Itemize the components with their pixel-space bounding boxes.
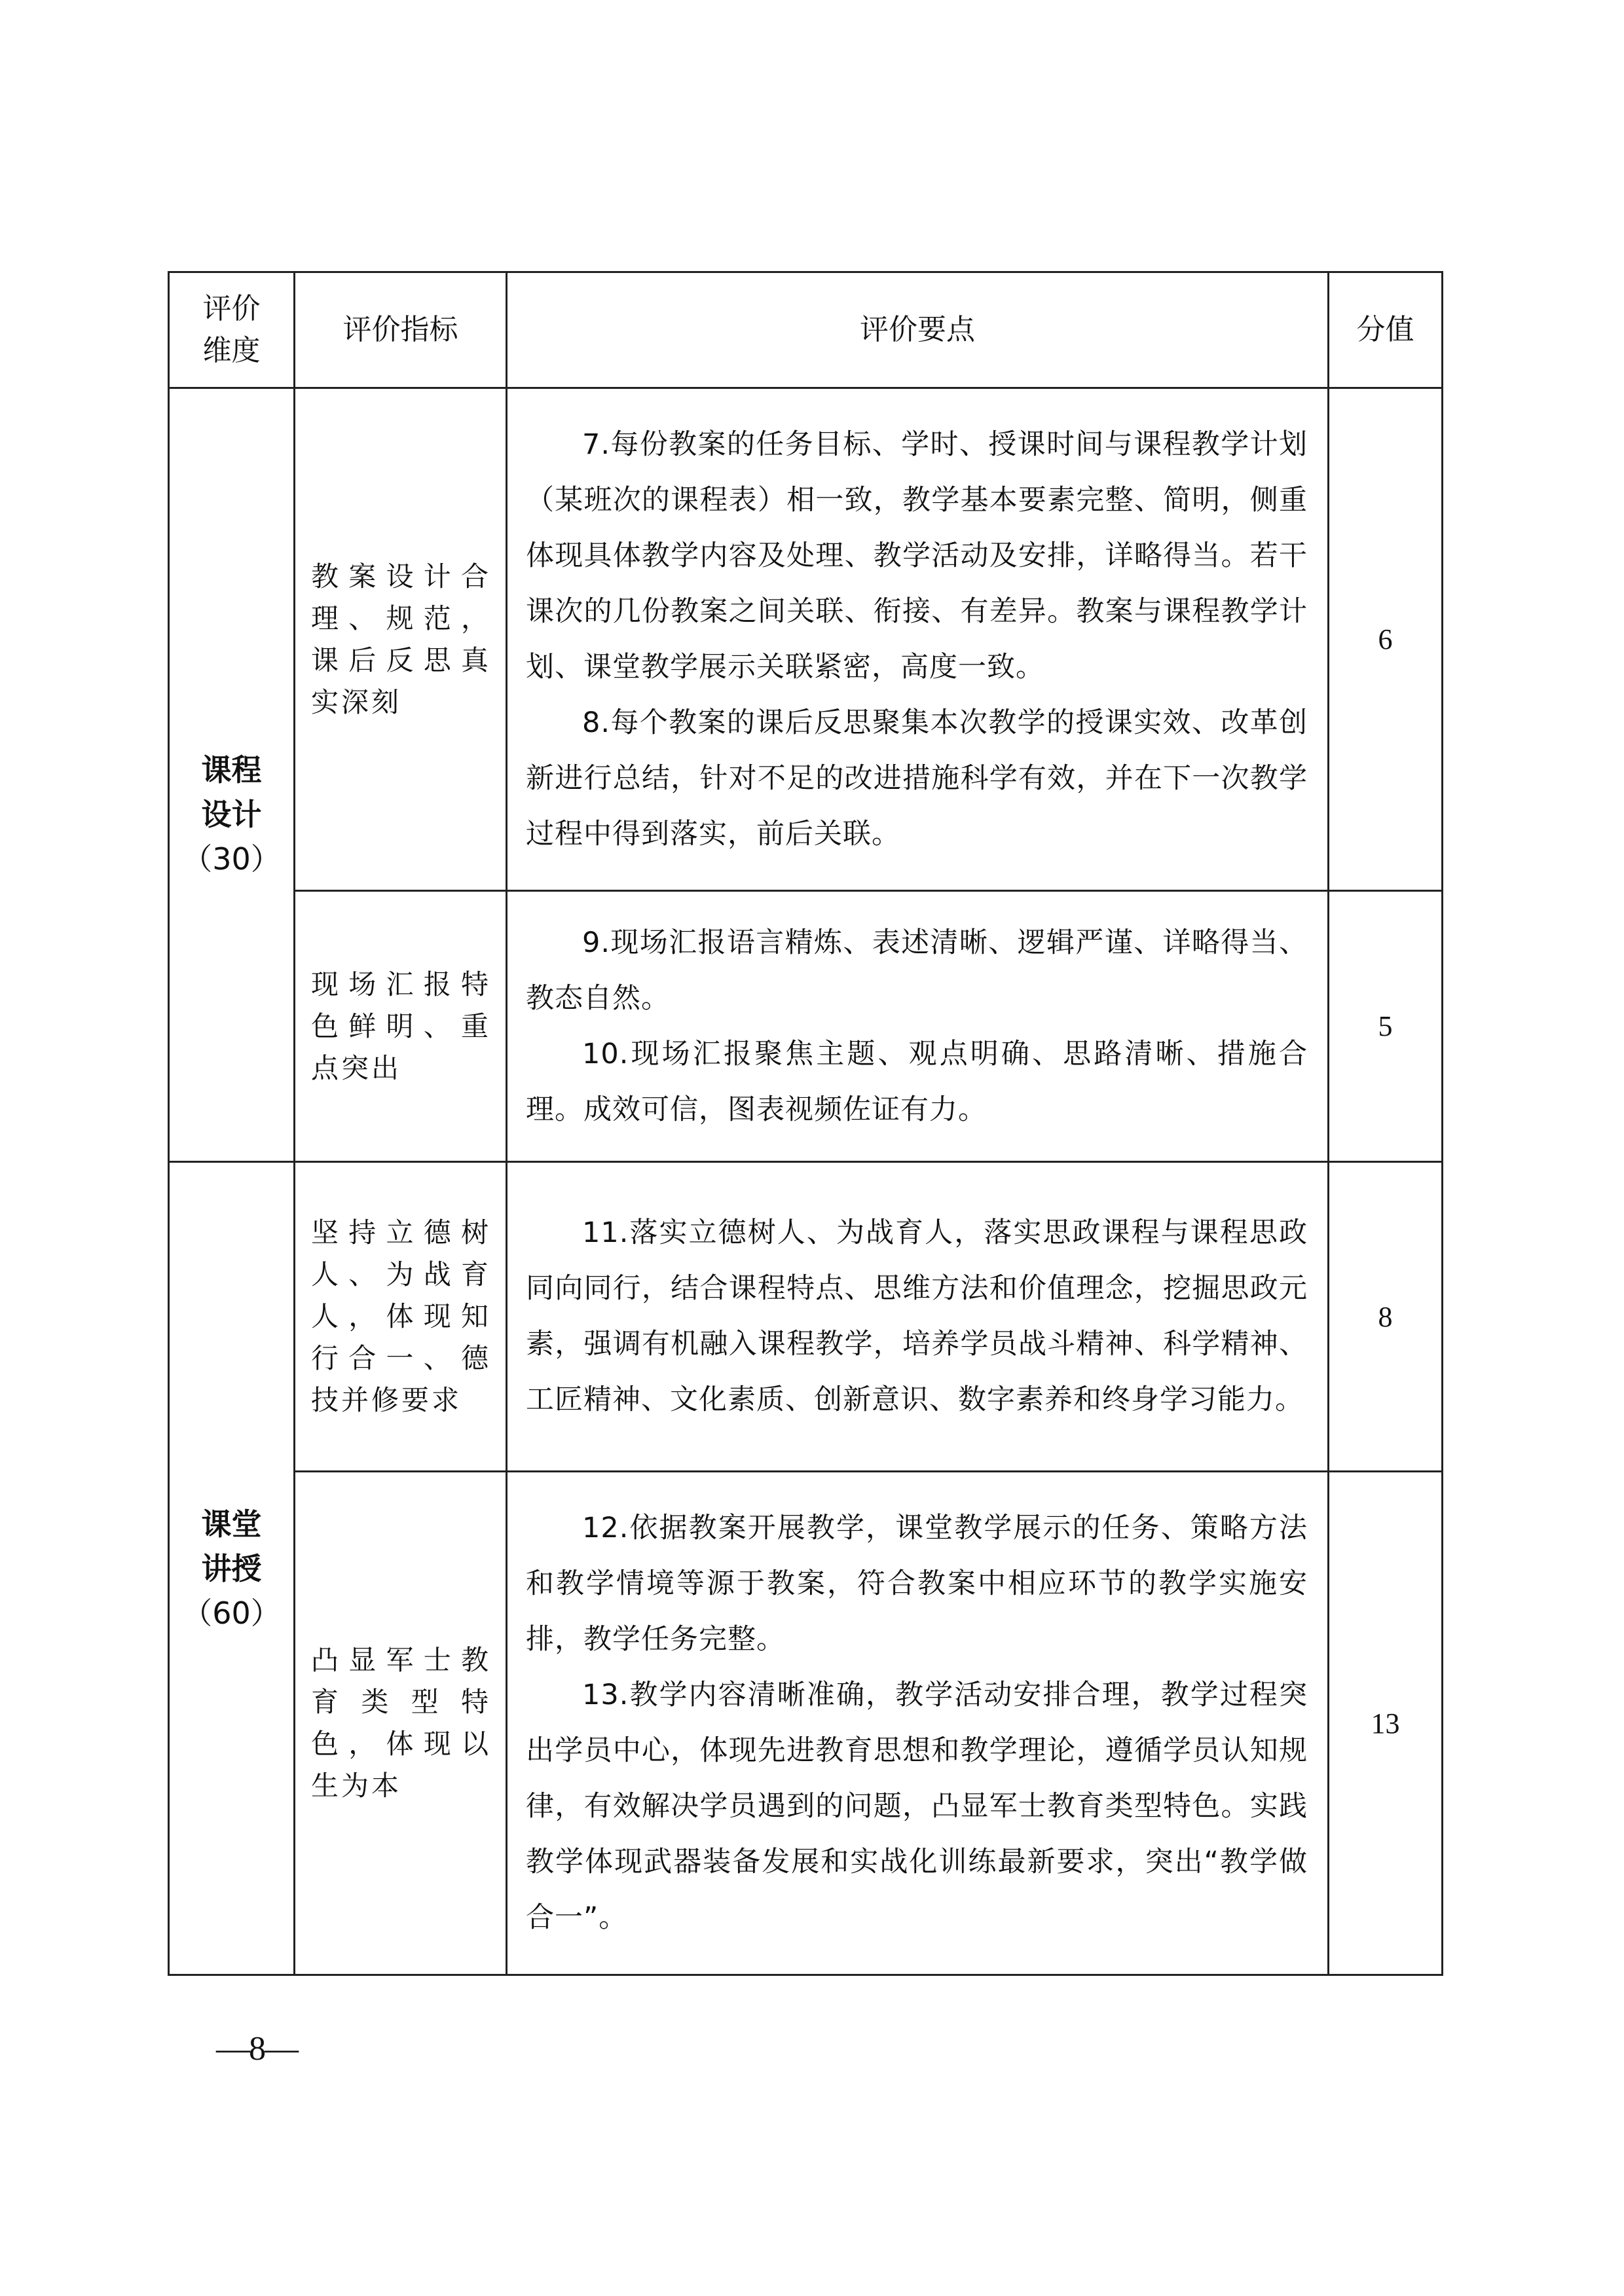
dimension-cell-course-design: 课程 设计 （30）: [169, 388, 295, 1162]
document-page: 评价 维度 评价指标 评价要点 分值 课程 设计 （30）: [0, 0, 1624, 2296]
point-item-12: 12.依据教案开展教学，课堂教学展示的任务、策略方法和教学情境等源于教案，符合教…: [526, 1501, 1308, 1667]
score-cell: 13: [1329, 1472, 1443, 1975]
table-header-row: 评价 维度 评价指标 评价要点 分值: [169, 272, 1443, 388]
points-cell: 7.每份教案的任务目标、学时、授课时间与课程教学计划（某班次的课程表）相一致，教…: [507, 388, 1329, 891]
dimension-cell-classroom-teaching: 课堂 讲授 （60）: [169, 1162, 295, 1975]
point-item-8: 8.每个教案的课后反思聚集本次教学的授课实效、改革创新进行总结，针对不足的改进措…: [526, 695, 1308, 862]
indicator-cell: 坚持立德树人、为战育人，体现知行合一、德技并修要求: [295, 1162, 507, 1472]
indicator-cell: 凸显军士教育类型特色，体现以生为本: [295, 1472, 507, 1975]
point-item-11: 11.落实立德树人、为战育人，落实思政课程与课程思政同向同行，结合课程特点、思维…: [526, 1205, 1308, 1428]
header-score: 分值: [1329, 272, 1443, 388]
points-cell: 9.现场汇报语言精炼、表述清晰、逻辑严谨、详略得当、教态自然。 10.现场汇报聚…: [507, 891, 1329, 1162]
table-row: 课程 设计 （30） 教案设计合理、规范，课后反思真实深刻 7.每份教案的任务目…: [169, 388, 1443, 891]
indicator-cell: 现场汇报特色鲜明、重点突出: [295, 891, 507, 1162]
page-number: —8—: [216, 2030, 297, 2069]
table-row: 课堂 讲授 （60） 坚持立德树人、为战育人，体现知行合一、德技并修要求 11.…: [169, 1162, 1443, 1472]
point-item-9: 9.现场汇报语言精炼、表述清晰、逻辑严谨、详略得当、教态自然。: [526, 915, 1308, 1027]
points-cell: 12.依据教案开展教学，课堂教学展示的任务、策略方法和教学情境等源于教案，符合教…: [507, 1472, 1329, 1975]
evaluation-table: 评价 维度 评价指标 评价要点 分值 课程 设计 （30）: [168, 271, 1443, 1976]
score-cell: 5: [1329, 891, 1443, 1162]
points-cell: 11.落实立德树人、为战育人，落实思政课程与课程思政同向同行，结合课程特点、思维…: [507, 1162, 1329, 1472]
table-row: 现场汇报特色鲜明、重点突出 9.现场汇报语言精炼、表述清晰、逻辑严谨、详略得当、…: [169, 891, 1443, 1162]
table-row: 凸显军士教育类型特色，体现以生为本 12.依据教案开展教学，课堂教学展示的任务、…: [169, 1472, 1443, 1975]
indicator-cell: 教案设计合理、规范，课后反思真实深刻: [295, 388, 507, 891]
header-points: 评价要点: [507, 272, 1329, 388]
point-item-13: 13.教学内容清晰准确，教学活动安排合理，教学过程突出学员中心，体现先进教育思想…: [526, 1667, 1308, 1946]
point-item-10: 10.现场汇报聚焦主题、观点明确、思路清晰、措施合理。成效可信，图表视频佐证有力…: [526, 1027, 1308, 1138]
header-dimension: 评价 维度: [169, 272, 295, 388]
score-cell: 8: [1329, 1162, 1443, 1472]
header-indicator: 评价指标: [295, 272, 507, 388]
score-cell: 6: [1329, 388, 1443, 891]
point-item-7: 7.每份教案的任务目标、学时、授课时间与课程教学计划（某班次的课程表）相一致，教…: [526, 417, 1308, 695]
